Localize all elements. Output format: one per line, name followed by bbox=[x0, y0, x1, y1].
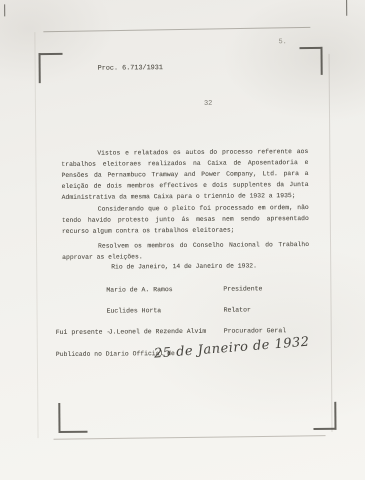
presence-note: Fui presente - bbox=[56, 329, 111, 336]
corner-mark-top-right bbox=[299, 47, 322, 75]
signature-row-procurador: Fui presente - J.Leonel de Rezende Alvim… bbox=[1, 327, 365, 342]
paper-left-edge bbox=[34, 32, 38, 438]
signature-row-relator: Euclides Horta Relator bbox=[1, 306, 365, 321]
signer-role: Procurador Geral bbox=[224, 327, 286, 334]
paper-bottom-edge bbox=[54, 435, 326, 440]
folio-stamp: 32 bbox=[204, 100, 212, 108]
decision-paragraph-vistos: Vistos e relatados os autos do processo … bbox=[61, 146, 308, 203]
paper-top-edge bbox=[43, 27, 310, 32]
film-tick-right bbox=[346, 0, 347, 16]
signer-name: J.Leonel de Rezende Alvim bbox=[109, 328, 207, 336]
decision-body: Vistos e relatados os autos do processo … bbox=[61, 146, 309, 263]
corner-mark-bottom-right bbox=[313, 402, 336, 430]
corner-mark-bottom-left bbox=[58, 403, 87, 433]
signer-role: Relator bbox=[224, 306, 251, 313]
decision-paragraph-resolvem: Resolvem os membros do Conselho Nacional… bbox=[62, 239, 309, 263]
film-tick-left bbox=[4, 4, 5, 16]
document-scan: 5. Proc. 6.713/1931 32 Vistos e relatado… bbox=[0, 0, 365, 480]
paper-sheet: 5. Proc. 6.713/1931 32 Vistos e relatado… bbox=[0, 0, 365, 480]
process-number: Proc. 6.713/1931 bbox=[98, 64, 163, 73]
corner-mark-top-left bbox=[39, 53, 63, 83]
decision-paragraph-considerando: Considerando que o pleito foi processado… bbox=[62, 202, 309, 237]
signer-name: Mario de A. Ramos bbox=[106, 286, 172, 294]
signature-row-president: Mario de A. Ramos Presidente bbox=[0, 285, 365, 300]
dateline: Rio de Janeiro, 14 de Janeiro de 1932. bbox=[111, 262, 257, 270]
signer-role: Presidente bbox=[223, 285, 262, 292]
signer-name: Euclides Horta bbox=[107, 307, 162, 314]
corner-page-number: 5. bbox=[278, 38, 286, 46]
paper-right-edge bbox=[329, 54, 333, 432]
